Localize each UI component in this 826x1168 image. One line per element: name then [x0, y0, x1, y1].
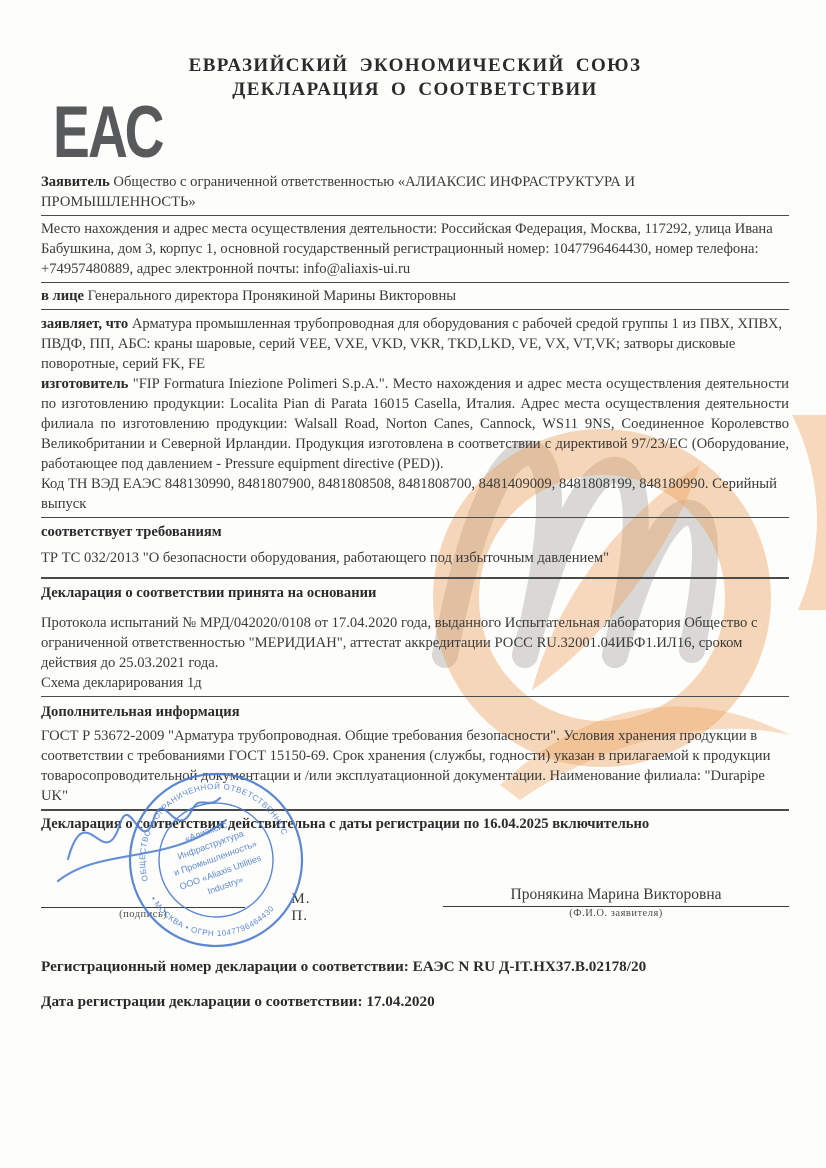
- declares-value: Арматура промышленная трубопроводная для…: [41, 316, 782, 372]
- scheme-value: Схема декларирования 1д: [41, 675, 202, 691]
- in-person-paragraph: в лице Генерального директора Пронякиной…: [41, 286, 789, 310]
- declares-paragraph: заявляет, что Арматура промышленная труб…: [41, 314, 789, 374]
- manufacturer-paragraph: изготовитель "FIP Formatura Iniezione Po…: [41, 374, 789, 474]
- applicant-value: Общество с ограниченной ответственностью…: [41, 174, 635, 210]
- declares-label: заявляет, что: [41, 316, 128, 332]
- declaration-document: ЕВРАЗИЙСКИЙ ЭКОНОМИЧЕСКИЙ СОЮЗ ДЕКЛАРАЦИ…: [0, 0, 826, 1168]
- company-stamp: ОБЩЕСТВО С ОГРАНИЧЕННОЙ ОТВЕТСТВЕННОСТЬЮ…: [48, 756, 330, 968]
- registration-date-value: 17.04.2020: [366, 993, 434, 1010]
- tnved-value: Код ТН ВЭД ЕАЭС 848130990, 8481807900, 8…: [41, 476, 777, 512]
- scheme-paragraph: Схема декларирования 1д: [41, 673, 789, 697]
- stamp-ring-top-text: ОБЩЕСТВО С ОГРАНИЧЕННОЙ ОТВЕТСТВЕННОСТЬЮ: [116, 760, 290, 889]
- basis-paragraph: Протокола испытаний № МРД/042020/0108 от…: [41, 613, 789, 673]
- applicant-label: Заявитель: [41, 174, 110, 190]
- stamp-center-text: «Алиаксис Инфраструктура и Промышленност…: [163, 812, 268, 905]
- basis-heading: Декларация о соответствии принята на осн…: [41, 579, 789, 603]
- tnved-paragraph: Код ТН ВЭД ЕАЭС 848130990, 8481807900, 8…: [41, 474, 789, 518]
- manufacturer-value: "FIP Formatura Iniezione Polimeri S.p.A.…: [41, 376, 789, 472]
- eac-conformity-mark: ЕАС: [53, 96, 163, 169]
- stamp-rings: ОБЩЕСТВО С ОГРАНИЧЕННОЙ ОТВЕТСТВЕННОСТЬЮ…: [106, 756, 326, 968]
- address-value: Место нахождения и адрес места осуществл…: [41, 221, 773, 277]
- applicant-name: Пронякина Марина Викторовна: [443, 874, 789, 907]
- registration-date-line: Дата регистрации декларации о соответств…: [41, 992, 789, 1012]
- applicant-name-field: Пронякина Марина Викторовна (Ф.И.О. заяв…: [443, 874, 789, 919]
- conforms-paragraph: ТР ТС 032/2013 "О безопасности оборудова…: [41, 548, 789, 579]
- in-person-value: Генерального директора Пронякиной Марины…: [88, 288, 456, 304]
- applicant-paragraph: Заявитель Общество с ограниченной ответс…: [41, 172, 789, 216]
- registration-date-label: Дата регистрации декларации о соответств…: [41, 993, 363, 1010]
- applicant-name-caption: (Ф.И.О. заявителя): [443, 908, 789, 919]
- conforms-value: ТР ТС 032/2013 "О безопасности оборудова…: [41, 550, 609, 566]
- address-paragraph: Место нахождения и адрес места осуществл…: [41, 219, 789, 283]
- in-person-label: в лице: [41, 288, 84, 304]
- title-union: ЕВРАЗИЙСКИЙ ЭКОНОМИЧЕСКИЙ СОЮЗ: [41, 54, 789, 78]
- additional-heading: Дополнительная информация: [41, 700, 789, 722]
- registration-number-value: ЕАЭС N RU Д-IT.НХ37.В.02178/20: [413, 958, 647, 975]
- basis-value: Протокола испытаний № МРД/042020/0108 от…: [41, 615, 757, 671]
- manufacturer-label: изготовитель: [41, 376, 128, 392]
- conforms-heading: соответствует требованиям: [41, 522, 789, 542]
